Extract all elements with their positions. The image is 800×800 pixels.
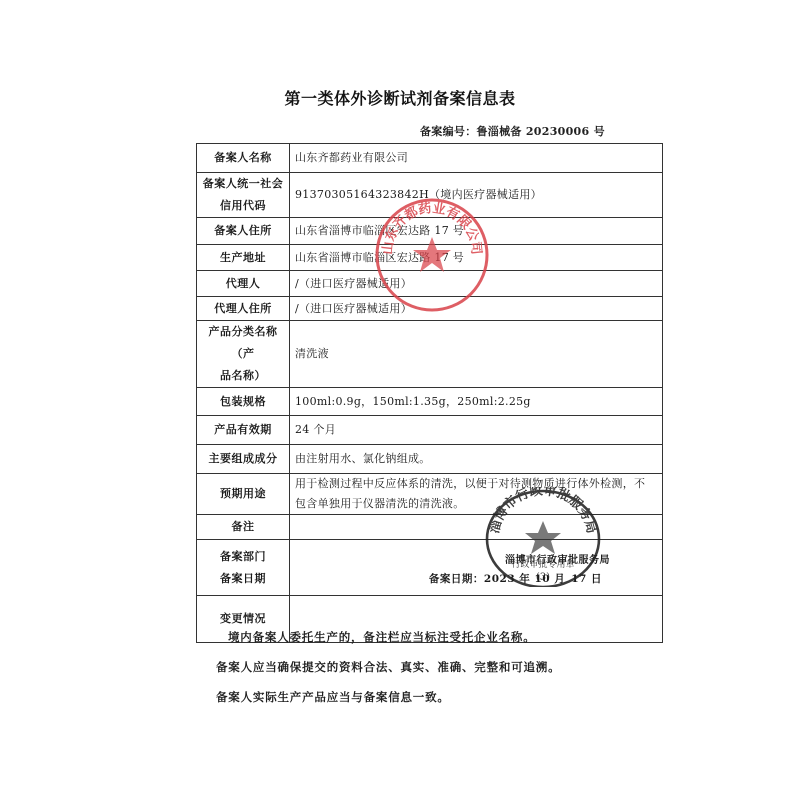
table-row: 产品分类名称（产 品名称） 清洗液 (197, 321, 663, 388)
row-label: 备案人名称 (197, 144, 290, 173)
row-value: 24 个月 (290, 416, 663, 445)
table-row: 备案人统一社会 信用代码 91370305164323842H（境内医疗器械适用… (197, 173, 663, 218)
table-row: 预期用途 用于检测过程中反应体系的清洗，以便于对待测物质进行体外检测，不 包含单… (197, 474, 663, 515)
document-title: 第一类体外诊断试剂备案信息表 (0, 86, 800, 109)
row-label: 包装规格 (197, 388, 290, 416)
filing-date-day: 17 日 (571, 573, 602, 585)
row-label-line: 备案部门 (200, 546, 286, 568)
row-label: 代理人 (197, 271, 290, 297)
filing-date-value: 2023 年 10 月 (484, 573, 565, 585)
row-label-line: 品名称） (200, 365, 286, 387)
row-value: 清洗液 (290, 321, 663, 388)
filing-date: 备案日期：2023 年 10 月17 日 (429, 568, 602, 590)
table-row: 生产地址 山东省淄博市临淄区宏达路 17 号 (197, 245, 663, 271)
row-label: 预期用途 (197, 474, 290, 515)
row-value: 91370305164323842H（境内医疗器械适用） (290, 173, 663, 218)
row-label-line: 备案人统一社会 (200, 173, 286, 195)
row-label: 备案人住所 (197, 218, 290, 245)
row-label: 代理人住所 (197, 297, 290, 321)
table-row: 备案人住所 山东省淄博市临淄区宏达路 17 号 (197, 218, 663, 245)
table-row: 备注 (197, 515, 663, 540)
row-value: 由注射用水、氯化钠组成。 (290, 445, 663, 474)
row-value-line: 用于检测过程中反应体系的清洗，以便于对待测物质进行体外检测，不 (295, 474, 657, 494)
note-item: 境内备案人委托生产的，备注栏应当标注受托企业名称。 (228, 628, 560, 658)
row-value: 山东齐都药业有限公司 (290, 144, 663, 173)
filing-date-label: 备案日期： (429, 573, 484, 585)
row-value: 山东省淄博市临淄区宏达路 17 号 (290, 245, 663, 271)
filing-number: 备案编号：鲁淄械备 20230006 号 (420, 123, 605, 139)
filing-number-value: 鲁淄械备 20230006 号 (477, 125, 605, 138)
row-value: 淄博市行政审批服务局 备案日期：2023 年 10 月17 日 (290, 540, 663, 596)
row-label: 主要组成成分 (197, 445, 290, 474)
table-row: 包装规格 100ml:0.9g，150ml:1.35g，250ml:2.25g (197, 388, 663, 416)
row-label: 生产地址 (197, 245, 290, 271)
document-page: 第一类体外诊断试剂备案信息表 备案编号：鲁淄械备 20230006 号 备案人名… (0, 0, 800, 800)
row-label-line: 产品分类名称（产 (200, 321, 286, 365)
row-value: /（进口医疗器械适用） (290, 271, 663, 297)
table-row: 备案部门 备案日期 淄博市行政审批服务局 备案日期：2023 年 10 月17 … (197, 540, 663, 596)
notes-section: 境内备案人委托生产的，备注栏应当标注受托企业名称。 备案人应当确保提交的资料合法… (228, 628, 560, 718)
filing-number-label: 备案编号： (420, 125, 477, 138)
row-value: 用于检测过程中反应体系的清洗，以便于对待测物质进行体外检测，不 包含单独用于仪器… (290, 474, 663, 515)
table-row: 代理人 /（进口医疗器械适用） (197, 271, 663, 297)
filing-info-table: 备案人名称 山东齐都药业有限公司 备案人统一社会 信用代码 9137030516… (196, 143, 663, 643)
row-label-line: 信用代码 (200, 195, 286, 217)
row-label-line: 备案日期 (200, 568, 286, 590)
note-item: 备案人应当确保提交的资料合法、真实、准确、完整和可追溯。 (216, 658, 560, 688)
row-value: /（进口医疗器械适用） (290, 297, 663, 321)
row-label: 产品分类名称（产 品名称） (197, 321, 290, 388)
table-row: 产品有效期 24 个月 (197, 416, 663, 445)
table-row: 主要组成成分 由注射用水、氯化钠组成。 (197, 445, 663, 474)
row-value-line: 包含单独用于仪器清洗的清洗液。 (295, 494, 657, 514)
row-label: 备案部门 备案日期 (197, 540, 290, 596)
row-value: 山东省淄博市临淄区宏达路 17 号 (290, 218, 663, 245)
table-row: 备案人名称 山东齐都药业有限公司 (197, 144, 663, 173)
row-value (290, 515, 663, 540)
row-label: 备注 (197, 515, 290, 540)
row-value: 100ml:0.9g，150ml:1.35g，250ml:2.25g (290, 388, 663, 416)
table-row: 代理人住所 /（进口医疗器械适用） (197, 297, 663, 321)
row-label: 备案人统一社会 信用代码 (197, 173, 290, 218)
note-item: 备案人实际生产产品应当与备案信息一致。 (216, 688, 560, 718)
row-label: 产品有效期 (197, 416, 290, 445)
